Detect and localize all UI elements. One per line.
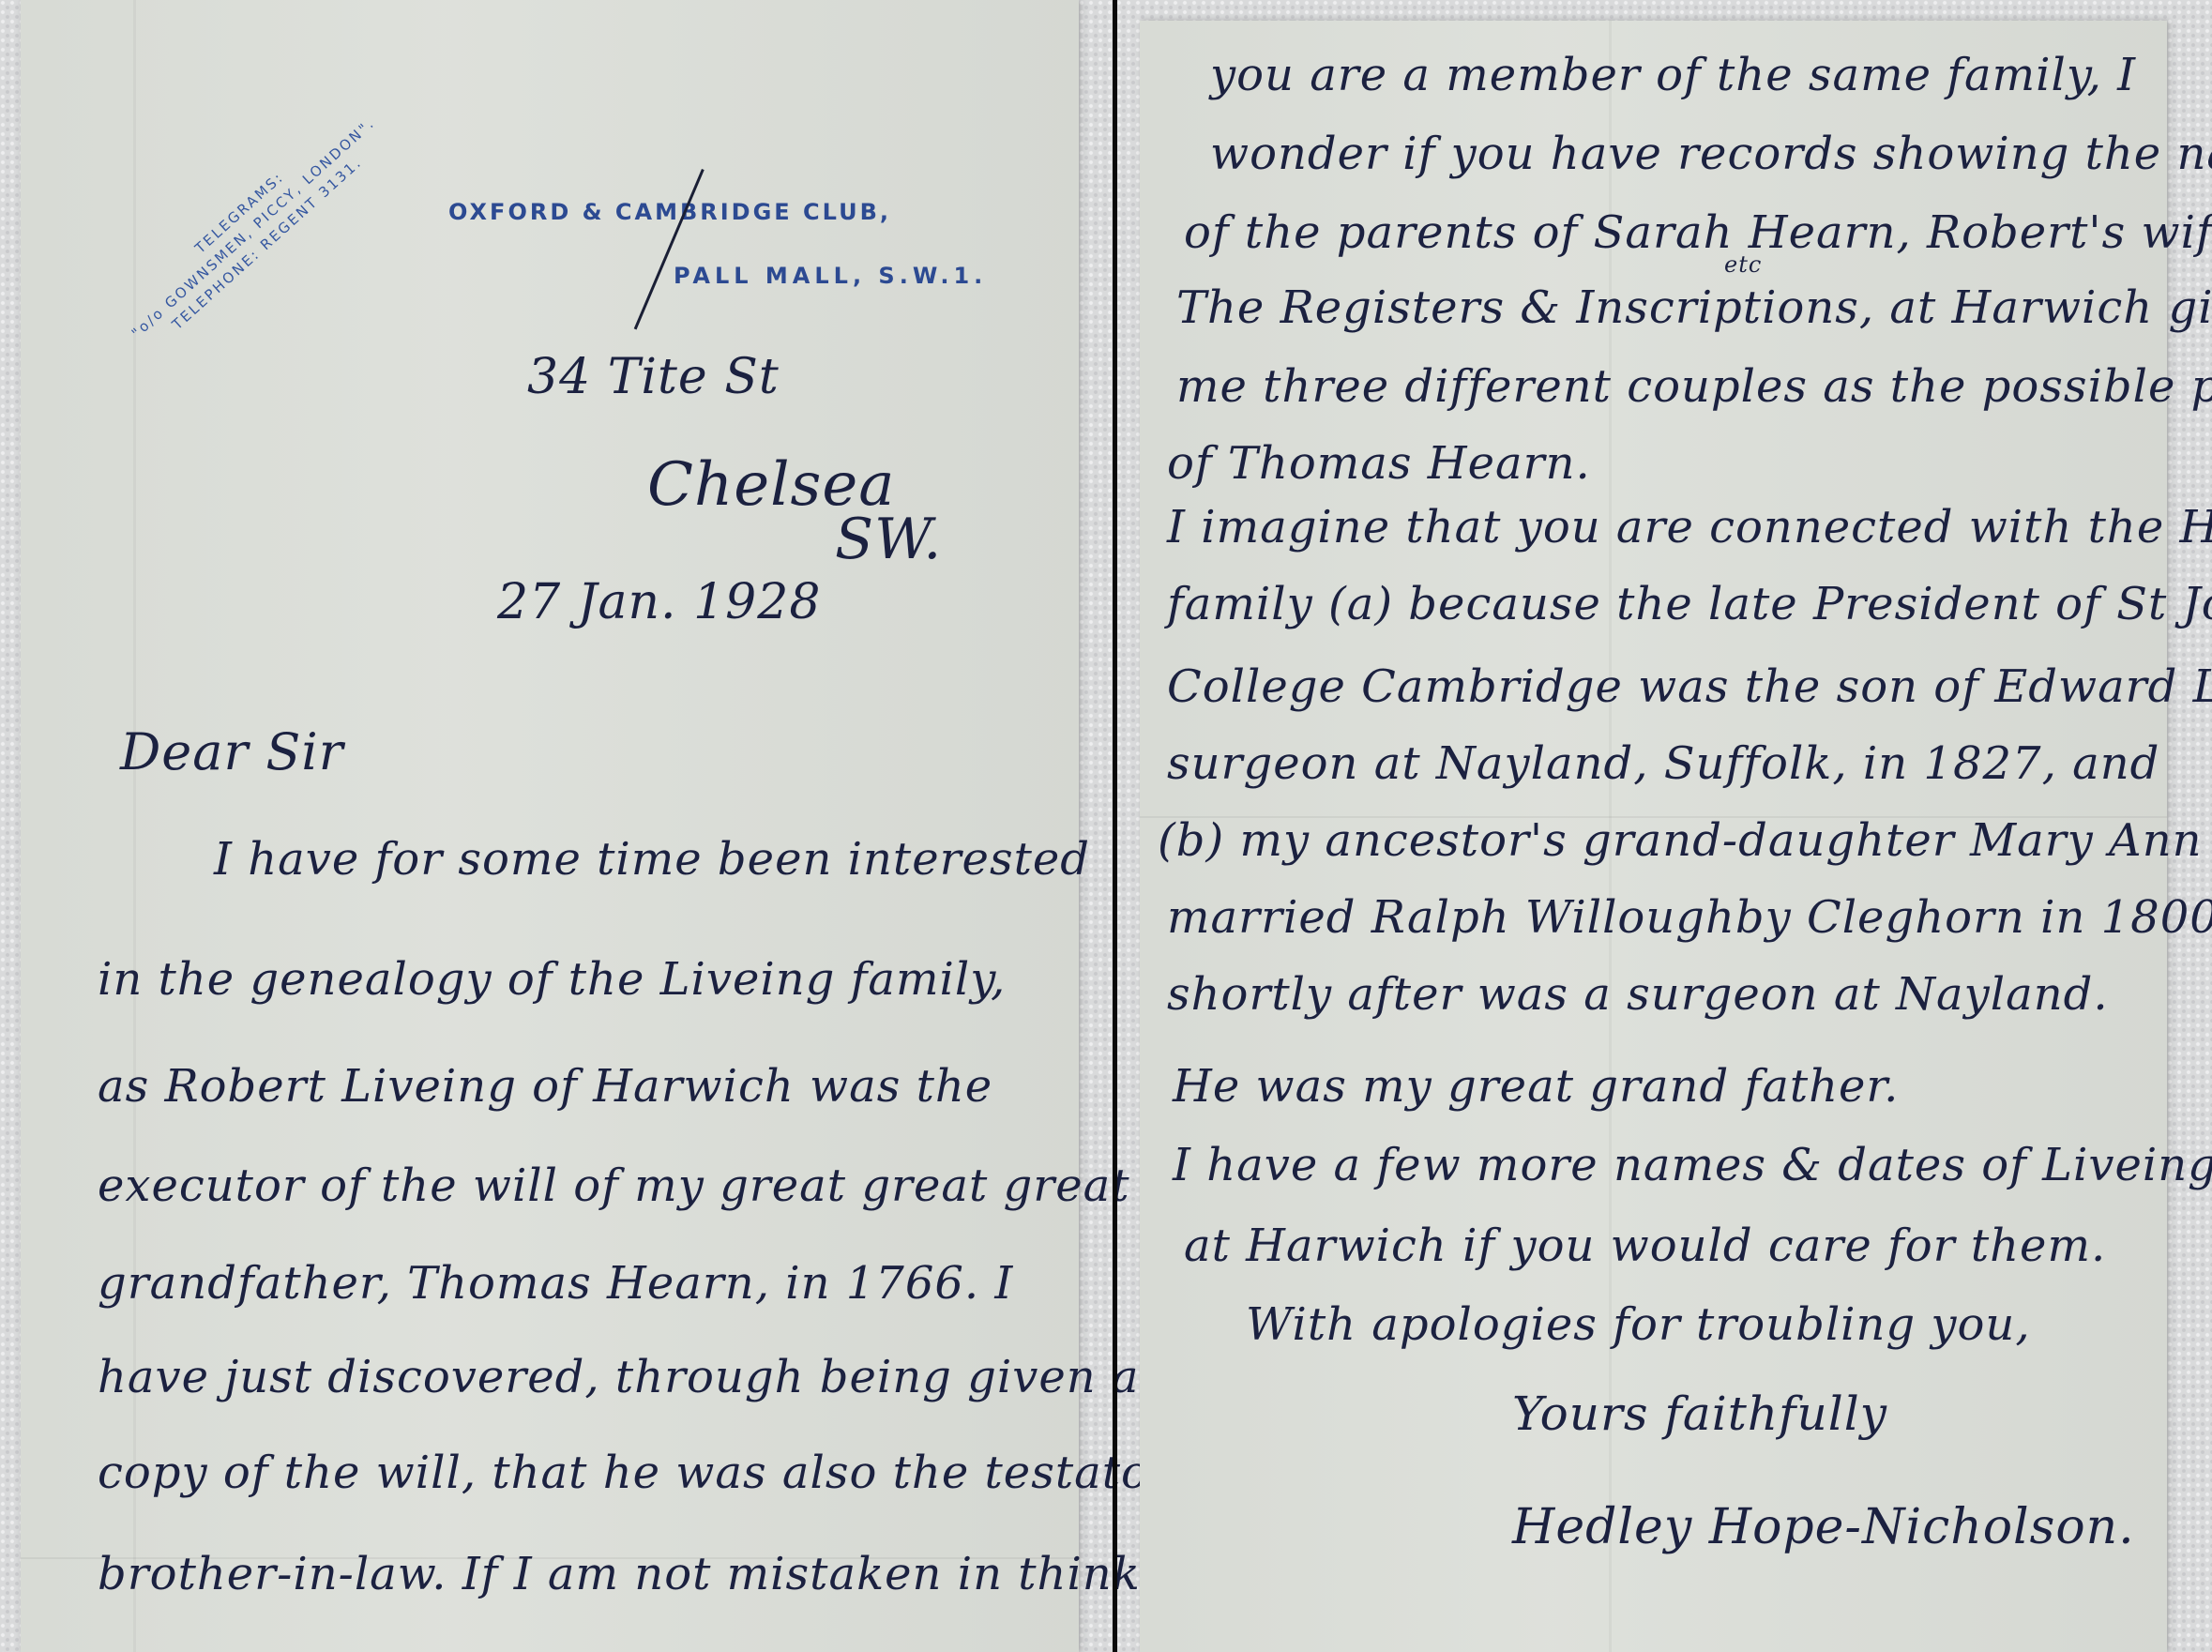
body-line: me three different couples as the possib… [1176,360,2212,413]
sender-postal: SW. [835,507,942,572]
salutation: Dear Sir [120,722,344,781]
body-line: I imagine that you are connected with th… [1167,501,2212,553]
body-line: you are a member of the same family, I [1210,49,2136,101]
body-line: family (a) because the late President of… [1167,578,2212,630]
paper-fold [133,0,136,1652]
body-line: of the parents of Sarah Hearn, Robert's … [1184,206,2212,259]
body-line: wonder if you have records showing the n… [1210,128,2212,180]
body-line: copy of the will, that he was also the t… [98,1447,1209,1499]
letter-date: 27 Jan. 1928 [497,574,821,630]
body-line: (b) my ancestor's grand-daughter Mary An… [1158,814,2212,867]
sender-street: 34 Tite St [527,349,780,405]
body-line: College Cambridge was the son of Edward … [1167,660,2212,713]
insertion-mark: etc [1724,251,1762,278]
letterhead-address: PALL MALL, S.W.1. [674,263,987,289]
body-line: brother-in-law. If I am not mistaken in … [98,1548,1216,1600]
body-line: as Robert Liveing of Harwich was the [98,1060,992,1113]
letterhead-club-name: OXFORD & CAMBRIDGE CLUB, [448,199,891,225]
body-line: The Registers & Inscriptions, at Harwich… [1176,281,2212,334]
body-line: of Thomas Hearn. [1167,437,1591,490]
body-line: I have a few more names & dates of Livei… [1173,1139,2212,1191]
closing: Yours faithfully [1512,1387,1887,1441]
body-line: grandfather, Thomas Hearn, in 1766. I [98,1257,1013,1310]
body-line: With apologies for troubling you, [1246,1298,2031,1351]
body-line: I have for some time been interested [214,833,1090,886]
photo-divider [1113,0,1117,1652]
body-line: married Ralph Willoughby Cleghorn in 180… [1167,891,2212,944]
body-line: have just discovered, through being give… [98,1351,1140,1403]
body-line: in the genealogy of the Liveing family, [98,953,1006,1006]
body-line: surgeon at Nayland, Suffolk, in 1827, an… [1167,737,2159,790]
letter-page-1 [21,0,1079,1652]
signature: Hedley Hope-Nicholson. [1512,1499,2135,1555]
body-line: He was my great grand father. [1173,1060,1899,1113]
body-line: executor of the will of my great great g… [98,1159,1130,1212]
body-line: at Harwich if you would care for them. [1184,1220,2106,1272]
body-line: shortly after was a surgeon at Nayland. [1167,968,2109,1021]
